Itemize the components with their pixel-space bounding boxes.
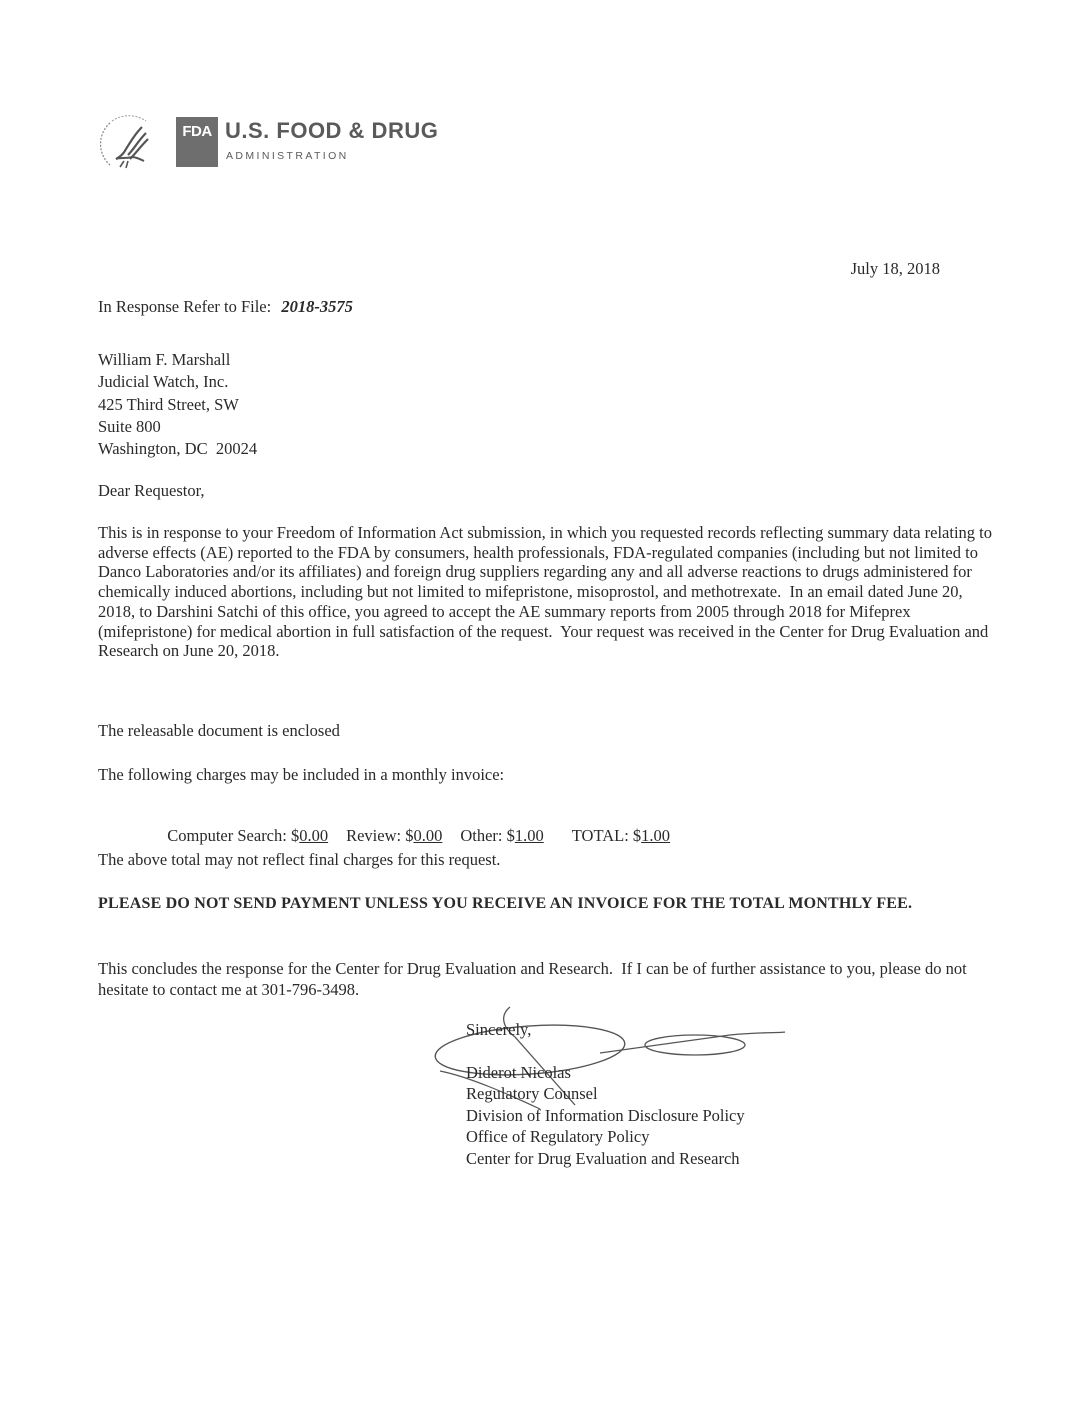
address-line: Suite 800: [98, 416, 257, 438]
signer-center: Center for Drug Evaluation and Research: [466, 1148, 745, 1170]
charges-intro: The following charges may be included in…: [98, 765, 504, 785]
reference-label: In Response Refer to File:: [98, 297, 271, 316]
charge-label-review: Review: $: [346, 826, 413, 845]
signature-block: Sincerely, Diderot Nicolas Regulatory Co…: [466, 1019, 745, 1169]
signer-name: Diderot Nicolas: [466, 1062, 745, 1084]
charge-label-other: Other: $: [460, 826, 515, 845]
address-line: William F. Marshall: [98, 349, 257, 371]
address-line: Washington, DC 20024: [98, 438, 257, 460]
charge-label-total: TOTAL: $: [572, 826, 641, 845]
salutation: Dear Requestor,: [98, 481, 205, 501]
address-line: Judicial Watch, Inc.: [98, 371, 257, 393]
charge-amount-review: 0.00: [413, 826, 442, 845]
charge-amount-other: 1.00: [515, 826, 544, 845]
hhs-eagle-seal-icon: [98, 113, 160, 175]
address-line: 425 Third Street, SW: [98, 394, 257, 416]
file-reference: In Response Refer to File: 2018-3575: [98, 297, 353, 317]
valediction: Sincerely,: [466, 1019, 745, 1041]
agency-subtitle: ADMINISTRATION: [226, 150, 349, 162]
signer-office: Office of Regulatory Policy: [466, 1126, 745, 1148]
enclosed-note: The releasable document is enclosed: [98, 721, 340, 741]
signer-title: Regulatory Counsel: [466, 1083, 745, 1105]
file-number: 2018-3575: [281, 297, 353, 316]
signer-division: Division of Information Disclosure Polic…: [466, 1105, 745, 1127]
recipient-address: William F. Marshall Judicial Watch, Inc.…: [98, 349, 257, 460]
closing-paragraph: This concludes the response for the Cent…: [98, 958, 1008, 1000]
charge-label-computer-search: Computer Search: $: [167, 826, 299, 845]
payment-warning: PLEASE DO NOT SEND PAYMENT UNLESS YOU RE…: [98, 893, 958, 914]
charges-line: Computer Search: $0.00Review: $0.00Other…: [159, 806, 670, 846]
fda-logo-box: FDA: [176, 117, 218, 167]
charge-amount-computer-search: 0.00: [299, 826, 328, 845]
final-charges-note: The above total may not reflect final ch…: [98, 850, 500, 870]
body-paragraph: This is in response to your Freedom of I…: [98, 523, 1003, 661]
charge-amount-total: 1.00: [641, 826, 670, 845]
letter-date: July 18, 2018: [851, 259, 940, 279]
agency-name: U.S. FOOD & DRUG: [225, 118, 438, 144]
